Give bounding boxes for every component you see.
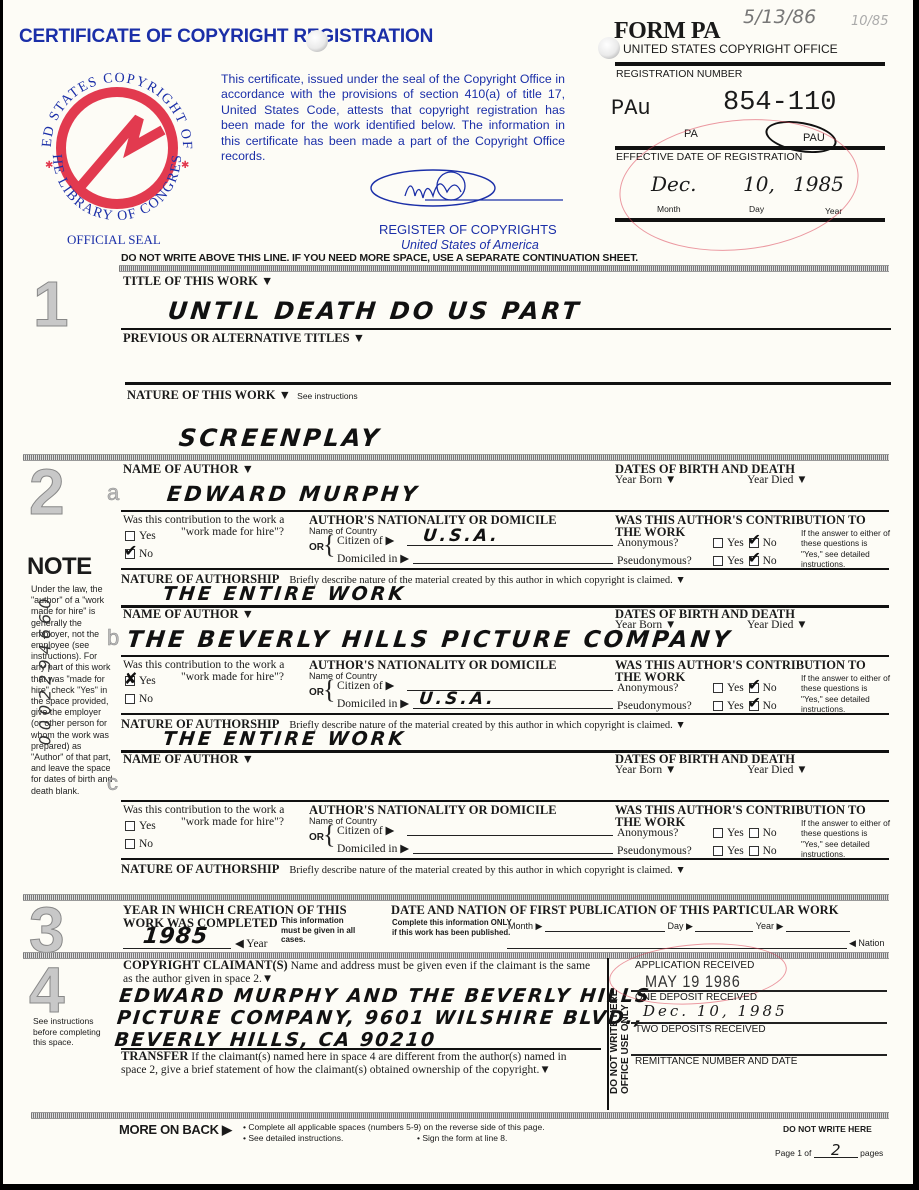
page-count: Page 1 of 2 pages [775, 1144, 883, 1158]
authorship-value[interactable]: THE ENTIRE WORK [162, 728, 407, 750]
title-label: TITLE OF THIS WORK ▼ [123, 274, 273, 289]
page-prefix: Page 1 of [775, 1148, 811, 1158]
pseudonymous-no-checkbox[interactable] [749, 556, 759, 566]
nature-of-work-label: NATURE OF THIS WORK ▼ [127, 388, 291, 402]
yes-label: Yes [727, 700, 744, 712]
section-number-1: 1 [33, 272, 69, 336]
official-seal: UNITED STATES COPYRIGHT OFFICE THE LIBRA… [29, 56, 205, 232]
registration-number: 854-110 [723, 88, 836, 118]
pseudonymous-options: Yes No [713, 700, 777, 712]
divider [125, 382, 891, 385]
citizen-label: Citizen of ▶ [337, 535, 394, 547]
anonymous-options: Yes No [713, 682, 777, 694]
author-name[interactable]: EDWARD MURPHY [166, 482, 421, 506]
no-label: No [763, 827, 777, 839]
hire-question-1: Was this contribution to the work a [123, 804, 284, 816]
register-title: REGISTER OF COPYRIGHTS [379, 222, 557, 237]
yes-label: Yes [139, 675, 156, 687]
anonymous-label: Anonymous? [617, 682, 678, 694]
name-of-author-label: NAME OF AUTHOR ▼ [123, 462, 254, 477]
copyright-certificate-page: CERTIFICATE OF COPYRIGHT REGISTRATION UN… [3, 0, 913, 1184]
no-label: No [763, 700, 777, 712]
hire-yes-checkbox[interactable] [125, 676, 135, 686]
anonymous-label: Anonymous? [617, 827, 678, 839]
hire-yes-option[interactable]: Yes [125, 530, 156, 542]
section-number-2: 2 [29, 460, 65, 524]
yes-label: Yes [727, 682, 744, 694]
name-of-author-label: NAME OF AUTHOR ▼ [123, 607, 254, 622]
footer-bullet-2: • See detailed instructions. [243, 1133, 343, 1143]
hire-no-option[interactable]: No [125, 693, 153, 705]
anonymous-no-checkbox[interactable] [749, 683, 759, 693]
title-value[interactable]: UNTIL DEATH DO US PART [167, 297, 583, 325]
yes-label: Yes [727, 537, 744, 549]
hire-yes-checkbox[interactable] [125, 531, 135, 541]
year-born-label: Year Born ▼ [615, 764, 676, 776]
previous-titles-value[interactable] [123, 348, 883, 378]
claimant-value[interactable]: EDWARD MURPHY AND THE BEVERLY HILLS PICT… [114, 985, 652, 1051]
claimant-line-1: EDWARD MURPHY AND THE BEVERLY HILLS [118, 985, 652, 1007]
hire-no-checkbox[interactable] [125, 549, 135, 559]
transfer-label: TRANSFER [121, 1049, 188, 1063]
pseudonymous-yes-checkbox[interactable] [713, 701, 723, 711]
signature-icon [365, 160, 565, 220]
no-label: No [139, 548, 153, 560]
divider [615, 62, 885, 66]
anonymous-yes-checkbox[interactable] [713, 828, 723, 838]
claimant-label: COPYRIGHT CLAIMANT(S) [123, 958, 288, 972]
year-died-label: Year Died ▼ [747, 764, 808, 776]
year-born-label: Year Born ▼ [615, 619, 676, 631]
nation-label: ◀ Nation [849, 938, 884, 949]
no-label: No [763, 555, 777, 567]
anonymous-no-checkbox[interactable] [749, 538, 759, 548]
no-label: No [139, 838, 153, 850]
margin-number: 0002294660 [36, 580, 55, 760]
footer-bullet-1: • Complete all applicable spaces (number… [243, 1122, 545, 1132]
citizen-of-value[interactable]: U.S.A. [422, 526, 501, 546]
punch-hole-right [598, 37, 620, 59]
creation-year[interactable]: 1985 [142, 924, 210, 949]
divider [121, 655, 889, 657]
year-died-label: Year Died ▼ [747, 619, 808, 631]
day-field[interactable] [695, 920, 753, 932]
hire-no-option[interactable]: No [125, 548, 153, 560]
yes-label: Yes [727, 845, 744, 857]
year-marker: ◀ Year [235, 936, 267, 950]
hire-question-1: Was this contribution to the work a [123, 514, 284, 526]
remittance-label: REMITTANCE NUMBER AND DATE [635, 1056, 797, 1067]
footer-bullet-3: • Sign the form at line 8. [417, 1133, 507, 1143]
domiciled-label: Domiciled in ▶ [337, 843, 409, 855]
hire-no-checkbox[interactable] [125, 839, 135, 849]
author-letter: a [107, 480, 119, 506]
yes-label: Yes [139, 530, 156, 542]
seal-caption: OFFICIAL SEAL [67, 232, 161, 248]
anonymous-no-checkbox[interactable] [749, 828, 759, 838]
year-born-label: Year Born ▼ [615, 474, 676, 486]
contribution-note: If the answer to either of these questio… [801, 673, 891, 715]
registration-prefix: PAu [611, 96, 651, 121]
registration-number-label: REGISTRATION NUMBER [616, 68, 742, 80]
seal-emblem-icon: UNITED STATES COPYRIGHT OFFICE THE LIBRA… [29, 56, 205, 232]
hire-yes-option[interactable]: Yes [125, 820, 156, 832]
office-use-vertical-label: DO NOT WRITE HERE OFFICE USE ONLY [609, 990, 631, 1094]
authorship-value[interactable]: THE ENTIRE WORK [162, 583, 407, 605]
office-use-only-label: OFFICE USE ONLY [620, 990, 631, 1094]
or-label: OR [309, 542, 324, 553]
register-subtitle: United States of America [401, 238, 539, 252]
authorship-hint: Briefly describe nature of the material … [289, 865, 685, 876]
hire-question-2: "work made for hire"? [181, 816, 284, 828]
brace: { [323, 822, 335, 848]
pseudonymous-label: Pseudonymous? [617, 555, 692, 567]
nature-hint: See instructions [297, 391, 357, 401]
pseudonymous-yes-checkbox[interactable] [713, 846, 723, 856]
anonymous-label: Anonymous? [617, 537, 678, 549]
section-number-4: 4 [29, 958, 65, 1022]
footer-do-not-write: DO NOT WRITE HERE [783, 1124, 872, 1134]
domiciled-in-value[interactable]: U.S.A. [418, 689, 497, 709]
section-divider [23, 454, 889, 461]
or-label: OR [309, 832, 324, 843]
certificate-statement: This certificate, issued under the seal … [221, 72, 565, 164]
year-field[interactable] [786, 920, 850, 932]
anonymous-options: Yes No [713, 537, 777, 549]
svg-text:✱: ✱ [181, 160, 189, 171]
domiciled-label: Domiciled in ▶ [337, 698, 409, 710]
no-label: No [763, 682, 777, 694]
see-instructions-note: See instructions before completing this … [33, 1016, 113, 1048]
citizen-label: Citizen of ▶ [337, 680, 394, 692]
yes-label: Yes [727, 827, 744, 839]
pseudonymous-label: Pseudonymous? [617, 845, 692, 857]
pseudonymous-no-checkbox[interactable] [749, 846, 759, 856]
month-field[interactable] [545, 920, 665, 932]
pseudonymous-no-checkbox[interactable] [749, 701, 759, 711]
yes-label: Yes [727, 555, 744, 567]
hire-yes-checkbox[interactable] [125, 821, 135, 831]
certificate-title: CERTIFICATE OF COPYRIGHT REGISTRATION [19, 26, 433, 48]
section-divider [23, 894, 889, 901]
page-suffix: pages [860, 1148, 883, 1158]
hire-question-1: Was this contribution to the work a [123, 659, 284, 671]
no-label: No [763, 845, 777, 857]
office-name: UNITED STATES COPYRIGHT OFFICE [623, 42, 838, 56]
contribution-note: If the answer to either of these questio… [801, 528, 891, 570]
register-signature [365, 160, 565, 220]
form-name: FORM PA [614, 18, 720, 45]
yes-label: Yes [139, 820, 156, 832]
anonymous-options: Yes No [713, 827, 777, 839]
hire-no-checkbox[interactable] [125, 694, 135, 704]
hire-yes-option[interactable]: Yes [125, 675, 156, 687]
pseudonymous-label: Pseudonymous? [617, 700, 692, 712]
svg-text:✱: ✱ [45, 160, 53, 171]
contribution-note: If the answer to either of these questio… [801, 818, 891, 860]
brace: { [323, 532, 335, 558]
page-total-field[interactable]: 2 [814, 1144, 858, 1158]
divider [121, 800, 889, 802]
anonymous-yes-checkbox[interactable] [713, 538, 723, 548]
hire-no-option[interactable]: No [125, 838, 153, 850]
author-letter: c [107, 770, 118, 796]
domiciled-field-line [413, 563, 613, 564]
month-label: Month ▶ [508, 921, 542, 931]
handwritten-date: 5/13/86 [743, 6, 816, 28]
punch-hole-left [306, 30, 328, 52]
name-of-author-label: NAME OF AUTHOR ▼ [123, 752, 254, 767]
year-died-label: Year Died ▼ [747, 474, 808, 486]
nature-of-work-value[interactable]: SCREENPLAY [178, 424, 383, 452]
authorship-label: NATURE OF AUTHORSHIP [121, 862, 279, 876]
pseudonymous-options: Yes No [713, 845, 777, 857]
creation-note: This information must be given in all ca… [281, 916, 359, 945]
one-deposit-value: Dec. 10, 1985 [643, 1002, 788, 1020]
citizen-field-line [407, 835, 613, 836]
more-on-back: MORE ON BACK ▶ [119, 1122, 232, 1138]
no-label: No [139, 693, 153, 705]
anonymous-yes-checkbox[interactable] [713, 683, 723, 693]
transfer-hint: If the claimant(s) named here in space 4… [121, 1051, 567, 1076]
year-line [123, 948, 231, 949]
brace: { [323, 677, 335, 703]
do-not-write-here-label: DO NOT WRITE HERE [609, 990, 620, 1094]
year-label: Year ▶ [756, 921, 784, 931]
pseudonymous-options: Yes No [713, 555, 777, 567]
divider [121, 510, 889, 512]
pseudonymous-yes-checkbox[interactable] [713, 556, 723, 566]
author-letter: b [107, 625, 119, 651]
note-title: NOTE [27, 553, 92, 581]
section-divider [119, 265, 889, 272]
hire-question-2: "work made for hire"? [181, 671, 284, 683]
domiciled-label: Domiciled in ▶ [337, 553, 409, 565]
day-label: Day ▶ [667, 921, 692, 931]
citizen-label: Citizen of ▶ [337, 825, 394, 837]
previous-titles-label: PREVIOUS OR ALTERNATIVE TITLES ▼ [123, 331, 365, 346]
publication-label: DATE AND NATION OF FIRST PUBLICATION OF … [391, 903, 838, 918]
hire-question-2: "work made for hire"? [181, 526, 284, 538]
two-deposits-label: TWO DEPOSITS RECEIVED [635, 1024, 766, 1035]
section-divider [31, 1112, 889, 1119]
publication-note: Complete this information ONLY if this w… [392, 918, 512, 938]
handwritten-note: 10/85 [851, 14, 888, 29]
do-not-write-warning: DO NOT WRITE ABOVE THIS LINE. IF YOU NEE… [121, 252, 638, 264]
or-label: OR [309, 687, 324, 698]
no-label: No [763, 537, 777, 549]
domiciled-field-line [413, 853, 613, 854]
divider [121, 328, 891, 330]
claimant-line-2: PICTURE COMPANY, 9601 WILSHIRE BLVD., [116, 1007, 650, 1029]
